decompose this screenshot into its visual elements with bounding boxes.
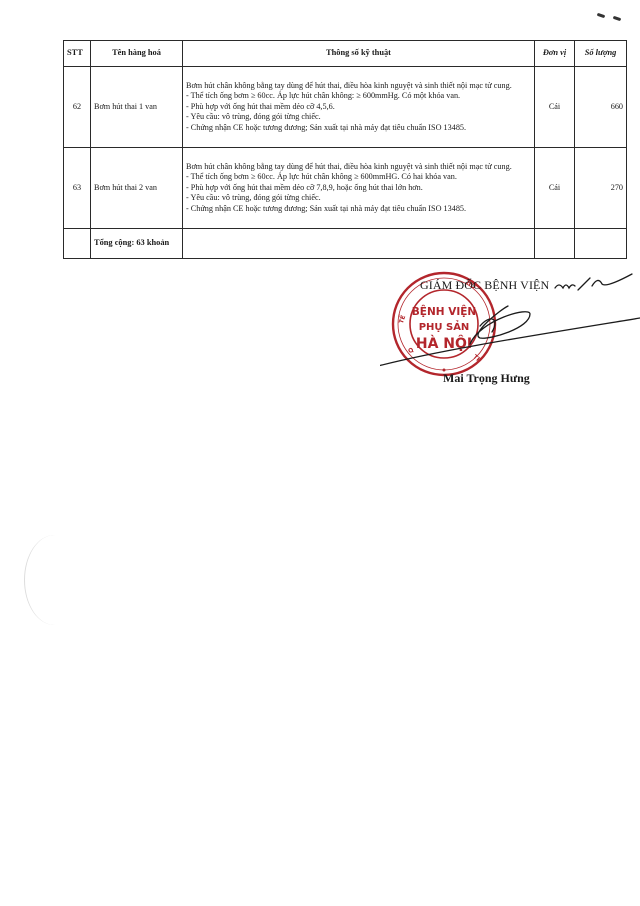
total-qty-cell [575, 229, 627, 259]
signature-block: BỆNH VIỆN PHỤ SẢN HÀ NỘI TẾ Q TP HỒ GIÁM… [380, 270, 640, 390]
spec-line: - Yêu cầu: vô trùng, đóng gói từng chiếc… [186, 112, 531, 123]
table-row: 63 Bơm hút thai 2 van Bơm hút chân không… [64, 148, 627, 229]
header-name: Tên hàng hoá [91, 41, 183, 67]
table-row: 62 Bơm hút thai 1 van Bơm hút chân không… [64, 67, 627, 148]
row-unit: Cái [535, 67, 575, 148]
table-header-row: STT Tên hàng hoá Thông số kỹ thuật Đơn v… [64, 41, 627, 67]
spec-line: - Chứng nhận CE hoặc tương đương; Sản xu… [186, 204, 531, 215]
total-stt-cell [64, 229, 91, 259]
scan-edge-artifact [24, 535, 85, 625]
spec-line: - Phù hợp với ống hút thai mềm dẻo cỡ 7,… [186, 183, 531, 194]
spec-line: Bơm hút chân không bằng tay dùng để hút … [186, 81, 531, 92]
total-label: Tổng cộng: 63 khoản [91, 229, 183, 259]
header-qty: Số lượng [575, 41, 627, 67]
row-unit: Cái [535, 148, 575, 229]
row-name: Bơm hút thai 2 van [91, 148, 183, 229]
spec-line: Bơm hút chân không bằng tay dùng để hút … [186, 162, 531, 173]
total-unit-cell [535, 229, 575, 259]
row-spec: Bơm hút chân không bằng tay dùng để hút … [183, 67, 535, 148]
row-qty: 660 [575, 67, 627, 148]
row-stt: 62 [64, 67, 91, 148]
spec-line: - Chứng nhận CE hoặc tương đương; Sản xu… [186, 123, 531, 134]
specification-table: STT Tên hàng hoá Thông số kỹ thuật Đơn v… [63, 40, 627, 259]
header-stt: STT [64, 41, 91, 67]
row-spec: Bơm hút chân không bằng tay dùng để hút … [183, 148, 535, 229]
scan-artifact [597, 12, 637, 22]
spec-line: - Thể tích ống bơm ≥ 60cc. Áp lực hút ch… [186, 91, 531, 102]
spec-line: - Phù hợp với ống hút thai mềm dẻo cỡ 4,… [186, 102, 531, 113]
spec-line: - Yêu cầu: vô trùng, đóng gói từng chiếc… [186, 193, 531, 204]
total-spec-cell [183, 229, 535, 259]
row-stt: 63 [64, 148, 91, 229]
header-spec: Thông số kỹ thuật [183, 41, 535, 67]
header-unit: Đơn vị [535, 41, 575, 67]
row-qty: 270 [575, 148, 627, 229]
row-name: Bơm hút thai 1 van [91, 67, 183, 148]
spec-line: - Thể tích ống bơm ≥ 60cc. Áp lực hút ch… [186, 172, 531, 183]
signer-name: Mai Trọng Hưng [443, 371, 530, 386]
table-total-row: Tổng cộng: 63 khoản [64, 229, 627, 259]
